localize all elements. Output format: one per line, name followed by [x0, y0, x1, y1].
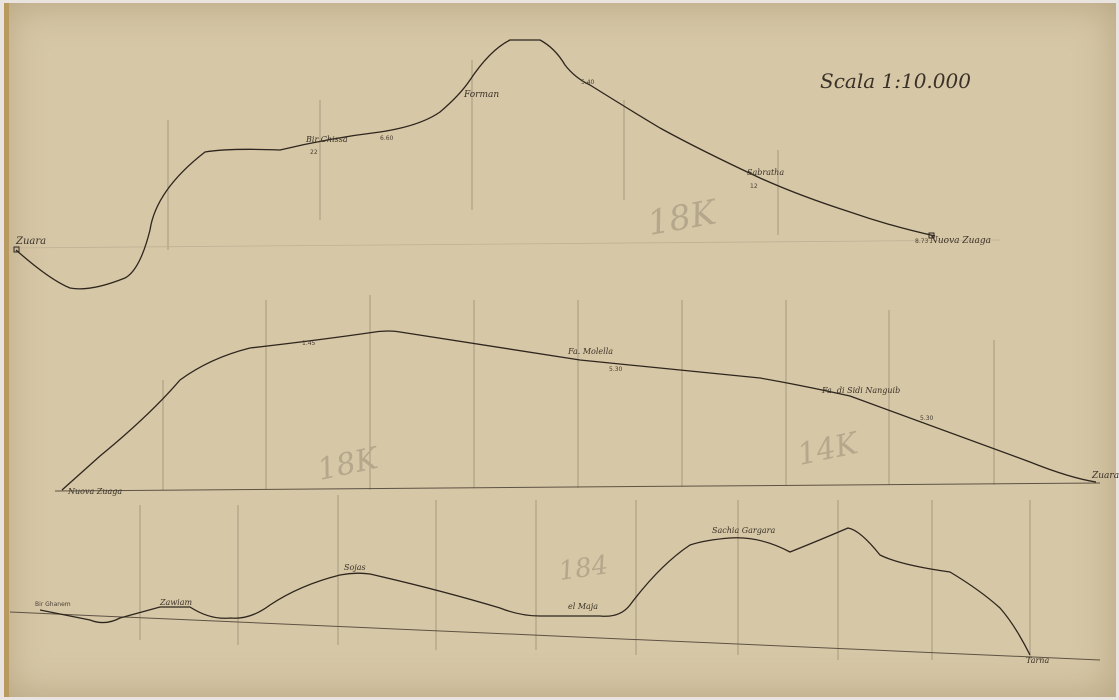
- svg-text:8.73: 8.73: [915, 238, 929, 245]
- profile-3-line: [40, 528, 1030, 655]
- svg-text:5.40: 5.40: [581, 79, 595, 86]
- svg-text:1.45: 1.45: [302, 340, 316, 347]
- profile-1-line: [16, 40, 935, 289]
- station-label: Nuova Zuaga: [929, 236, 991, 246]
- station-label: Sachia Gargara: [712, 526, 775, 535]
- svg-text:6.60: 6.60: [380, 135, 394, 142]
- station-label: Bir Ghanem: [35, 601, 71, 608]
- station-label: Sojas: [344, 563, 366, 572]
- svg-text:12: 12: [750, 183, 758, 190]
- svg-text:22: 22: [310, 149, 318, 156]
- station-label: el Maja: [568, 602, 598, 611]
- svg-text:5.30: 5.30: [920, 415, 934, 422]
- pencil-mark: 18K: [645, 192, 722, 244]
- profile-2: [55, 295, 1100, 491]
- pencil-mark: 14K: [794, 426, 862, 473]
- svg-text:5.30: 5.30: [609, 366, 623, 373]
- station-label: Zuara: [15, 236, 46, 247]
- station-label: Sabratha: [747, 168, 784, 177]
- station-label: Zawiam: [159, 598, 193, 607]
- station-label: Tarna: [1026, 656, 1049, 665]
- pencil-mark: 18K: [314, 441, 382, 488]
- pencil-mark: 184: [557, 550, 610, 587]
- station-label: Forman: [463, 90, 499, 100]
- scale-note: Scala 1:10.000: [820, 69, 971, 93]
- station-label: Bir Chissa: [305, 135, 348, 144]
- station-label: Nuova Zuaga: [67, 487, 122, 496]
- station-label: Fa. Molella: [567, 347, 613, 356]
- station-label: Fa. di Sidi Nanguib: [821, 386, 900, 395]
- profile-drawing: Scala 1:10.000 Zuara Bir Chissa 22 Forma…: [0, 0, 1119, 700]
- profile-3: [10, 495, 1100, 660]
- station-label: Zuara: [1091, 471, 1119, 481]
